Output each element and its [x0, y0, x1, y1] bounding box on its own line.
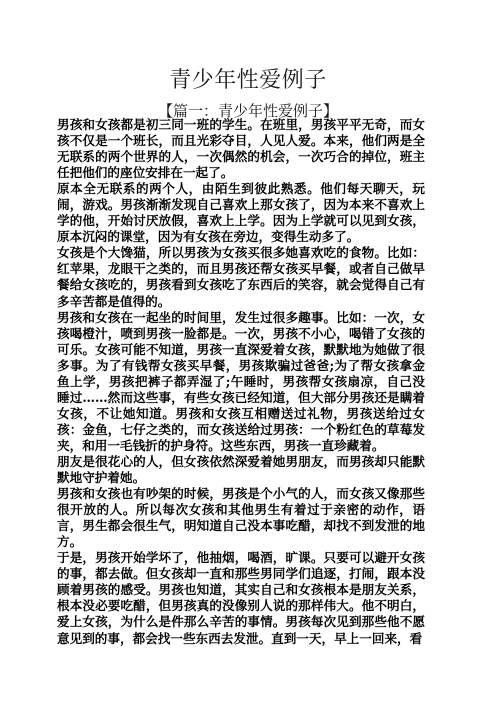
paragraph: 女孩是个大馋猫，所以男孩为女孩买很多她喜欢吃的食物。比如：红苹果，龙眼干之类的，…	[57, 245, 425, 309]
paragraph: 朋友是很花心的人，但女孩依然深爱着她男朋友，而男孩却只能默默地守护着她。	[57, 454, 425, 486]
paragraph: 原本全无联系的两个人，由陌生到彼此熟悉。他们每天聊天，玩闹，游戏。男孩渐渐发现自…	[57, 181, 425, 245]
paragraph: 于是，男孩开始学坏了，他抽烟，喝酒，旷课。只要可以避开女孩的事，都去做。但女孩却…	[57, 550, 425, 646]
document-title: 青少年性爱例子	[0, 67, 496, 95]
paragraph: 男孩和女孩也有吵架的时候，男孩是个小气的人，而女孩又像那些很开放的人。所以每次女…	[57, 486, 425, 550]
paragraph: 男孩和女孩在一起坐的时间里，发生过很多趣事。比如：一次，女孩喝橙汁，喷到男孩一脸…	[57, 310, 425, 454]
paragraph: 男孩和女孩都是初三同一班的学生。在班里，男孩平平无奇，而女孩不仅是一个班长，而且…	[57, 117, 425, 181]
document-body: 男孩和女孩都是初三同一班的学生。在班里，男孩平平无奇，而女孩不仅是一个班长，而且…	[57, 117, 425, 647]
document-page: 青少年性爱例子 【篇一：青少年性爱例子】 男孩和女孩都是初三同一班的学生。在班里…	[0, 0, 496, 702]
